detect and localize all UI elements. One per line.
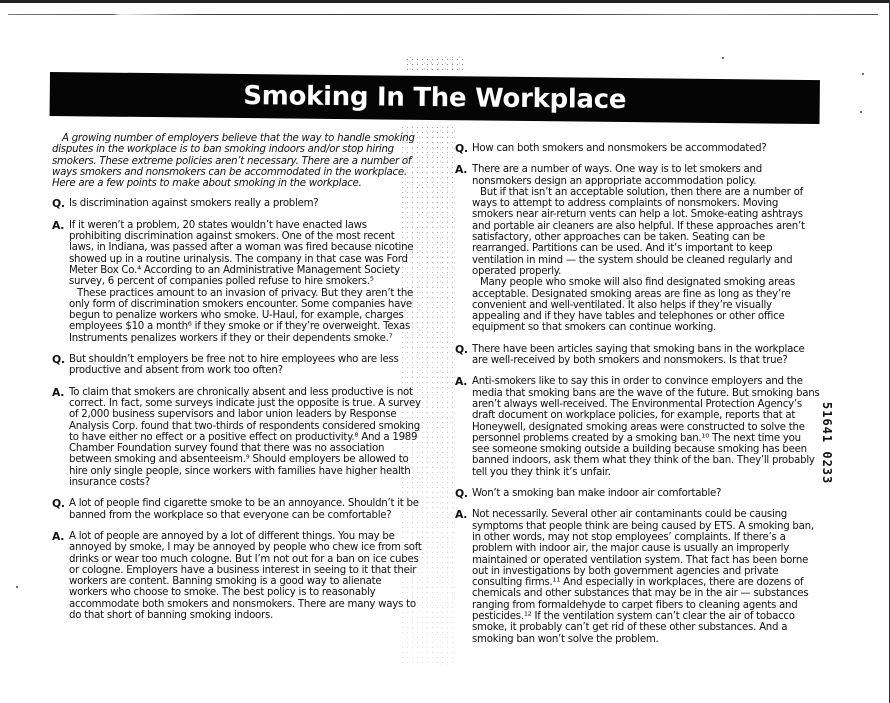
question-2: Q. But shouldn’t employers be free not t… [52,354,422,377]
answer-2: A. To claim that smokers are chronically… [52,387,422,489]
question-3: Q. A lot of people find cigarette smoke … [52,498,422,521]
a-marker: A. [455,509,472,645]
page-title: Smoking In The Workplace [243,81,626,115]
q-marker: Q. [455,488,472,499]
answer-6: A. Not necessarily. Several other air co… [455,509,820,645]
bates-number: 51641 0233 [820,402,834,484]
answer-paragraph: Many people who smoke will also find des… [472,277,820,333]
title-banner: Smoking In The Workplace [50,72,820,124]
answer-3: A. A lot of people are annoyed by a lot … [52,531,422,621]
answer-4: A. There are a number of ways. One way i… [455,164,820,333]
question-text: Won’t a smoking ban make indoor air comf… [472,488,820,499]
page-top-edge [0,0,890,3]
question-4: Q. How can both smokers and nonsmokers b… [455,143,820,154]
q-marker: Q. [52,198,69,209]
answer-paragraph: A lot of people are annoyed by a lot of … [69,531,422,621]
a-marker: A. [52,220,69,344]
scan-dot [862,73,864,75]
question-text: But shouldn’t employers be free not to h… [69,354,422,377]
a-marker: A. [52,531,69,621]
q-marker: Q. [455,344,472,367]
answer-paragraph: Not necessarily. Several other air conta… [472,509,820,645]
intro-paragraph: A growing number of employers believe th… [52,133,422,189]
question-6: Q. Won’t a smoking ban make indoor air c… [455,488,820,499]
q-marker: Q. [455,143,472,154]
question-text: A lot of people find cigarette smoke to … [69,498,422,521]
question-text: Is discrimination against smokers really… [69,198,422,209]
a-marker: A. [455,376,472,478]
answer-paragraph: To claim that smokers are chronically ab… [69,387,422,489]
a-marker: A. [455,164,472,333]
answer-1: A. If it weren’t a problem, 20 states wo… [52,220,422,344]
answer-5: A. Anti-smokers like to say this in orde… [455,376,820,478]
answer-paragraph: Anti-smokers like to say this in order t… [472,376,820,478]
answer-paragraph: There are a number of ways. One way is t… [472,164,820,187]
scan-rule-line [8,14,878,15]
question-1: Q. Is discrimination against smokers rea… [52,198,422,209]
question-5: Q. There have been articles saying that … [455,344,820,367]
q-marker: Q. [52,498,69,521]
answer-paragraph: If it weren’t a problem, 20 states would… [69,220,422,288]
question-text: How can both smokers and nonsmokers be a… [472,143,820,154]
a-marker: A. [52,387,69,489]
scan-dot [860,111,862,113]
q-marker: Q. [52,354,69,377]
answer-paragraph: These practices amount to an invasion of… [69,288,422,344]
right-column: Q. How can both smokers and nonsmokers b… [455,143,820,655]
scan-noise [405,57,465,71]
question-text: There have been articles saying that smo… [472,344,820,367]
answer-paragraph: But if that isn’t an acceptable solution… [472,187,820,277]
left-column: A growing number of employers believe th… [52,133,422,631]
scan-dot [722,57,724,59]
scan-dot [16,586,18,588]
